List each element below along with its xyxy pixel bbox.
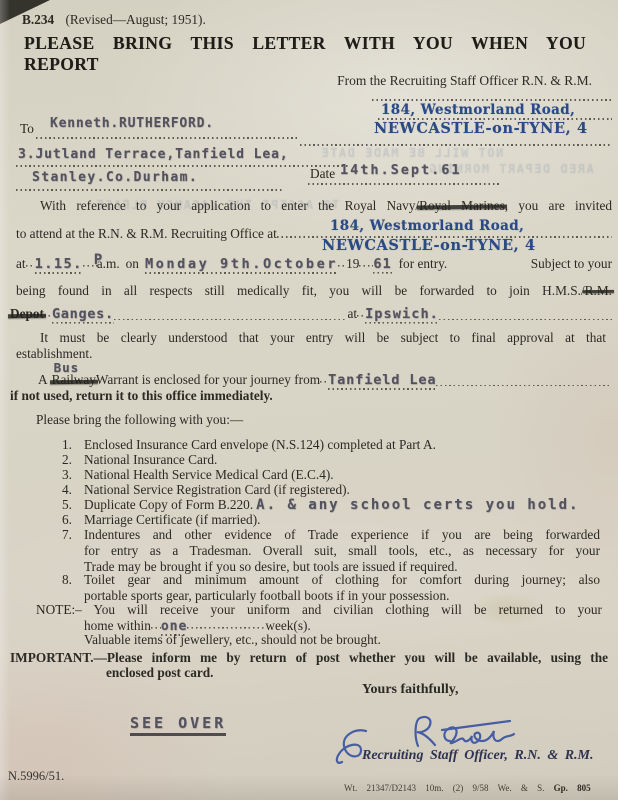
typed-year: 61 [373,256,391,274]
dotted-line [436,385,612,387]
note-label: NOTE:– [36,602,82,617]
recipient-address1: 3.Jutland Terrace,Tanfield Lea, [18,147,289,162]
to-label: To [20,121,34,137]
struck-royal-marines: Royal Marines [419,198,505,213]
form-number-line: B.234 (Revised—August; 1951). [22,12,206,28]
see-over: SEE OVER [130,714,226,736]
list-item: Marriage Certificate (if married). [84,512,260,528]
important-line2: enclosed post card. [106,665,213,681]
bring-intro: Please bring the following with you:— [36,412,243,428]
from-line: From the Recruiting Staff Officer R.N. &… [300,73,592,89]
dotted-line [26,255,35,268]
struck-depot: Depot [10,306,44,322]
para2-line1: It must be clearly understood that your … [16,330,606,346]
dotted-line [357,305,365,318]
dotted-line [36,137,298,139]
typed-time: 1.15. [35,256,83,274]
struck-railway: RailwayBus [52,372,96,388]
important-line1: IMPORTANT.—Please inform me by return of… [10,650,608,666]
list-item: National Insurance Card. [84,452,217,468]
typed-place: Ipswich. [365,306,439,324]
address-stamp-line1: 184, Westmorland Road, [381,102,575,118]
item-number: 5. [62,497,72,513]
dotted-line [338,255,346,268]
note-line3: Valuable items of jewellery, etc., shoul… [84,632,381,648]
dotted-line [439,319,612,321]
recipient-address2: Stanley.Co.Durham. [32,170,198,185]
letter-page: B.234 (Revised—August; 1951). PLEASE BRI… [0,0,618,800]
typed-report-date: Monday 9th.October [145,256,338,274]
address-stamp2-line1: 184, Westmorland Road, [330,218,524,234]
typed-journey-from: Tanfield Lea [328,372,436,390]
list-item: National Service Registration Card (if r… [84,482,350,498]
list-item: National Health Service Medical Card (E.… [84,467,334,483]
print-code: Wt. 21347/D2143 10m. (2) 9/58 We. & S. G… [344,783,591,793]
list-item: Duplicate Copy of Form B.220.A. & any sc… [84,497,579,513]
form-number: B.234 [22,12,54,27]
item-number: 7. [62,527,72,543]
item-number: 2. [62,452,72,468]
dotted-line [359,255,373,268]
item-number: 8. [62,572,72,588]
dotted-line [308,183,500,185]
list-item: Indentures and other evidence of Trade e… [84,527,600,575]
address-stamp-line2: NEWCASTLE-on-TYNE, 4 [374,120,588,137]
yours-faithfully: Yours faithfully, [362,682,458,698]
typed-school-certs: A. & any school certs you hold. [256,497,579,513]
revision-note: (Revised—August; 1951). [65,12,205,27]
para1-line4: being found in all respects still medica… [16,283,612,299]
dotted-line [16,189,284,191]
para1-line1: With reference to your application to en… [16,198,612,214]
item-number: 1. [62,437,72,453]
date-value: 14th.Sept.61 [340,162,462,178]
typed-ship: Ganges. [52,306,114,324]
officer-line: Recruiting Staff Officer, R.N. & R.M. [362,748,594,764]
item-number: 4. [62,482,72,498]
date-label: Date [310,166,335,182]
reference-number: N.5996/51. [8,769,64,784]
dotted-line [320,371,328,384]
dotted-line [16,165,348,167]
list-item: Enclosed Insurance Card envelope (N.S.12… [84,437,436,453]
meridiem: Pa.m. [97,256,120,272]
dotted-line [372,99,612,101]
dotted-line [187,617,265,630]
letter-title: PLEASE BRING THIS LETTER WITH YOU WHEN Y… [24,33,586,75]
typed-bus: Bus [54,360,80,375]
dotted-line [151,617,161,630]
item-number: 3. [62,467,72,483]
para1-line5: Depot Ganges. at Ipswich. [10,305,612,324]
bleed-through-text: NOT WILL BE MADE DATE [320,146,503,160]
note-line1: NOTE:– You will receive your uniform and… [36,602,602,618]
warrant-line2: if not used, return it to this office im… [10,388,273,404]
print-group: Gp. 805 [554,783,591,793]
typed-P-overstrike: P [94,252,102,268]
address-stamp2-line2: NEWCASTLE-on-TYNE, 4 [322,237,536,254]
dotted-line [114,319,348,321]
recipient-name: Kenneth.RUTHERFORD. [50,116,214,131]
struck-rm: R.M. [585,283,612,298]
item-number: 6. [62,512,72,528]
scan-edge-highlight [0,0,10,800]
para1-line3: at 1.15. Pa.m. on Monday 9th.October 19 … [16,255,612,274]
list-item: Toilet gear and minimum amount of clothi… [84,572,600,604]
